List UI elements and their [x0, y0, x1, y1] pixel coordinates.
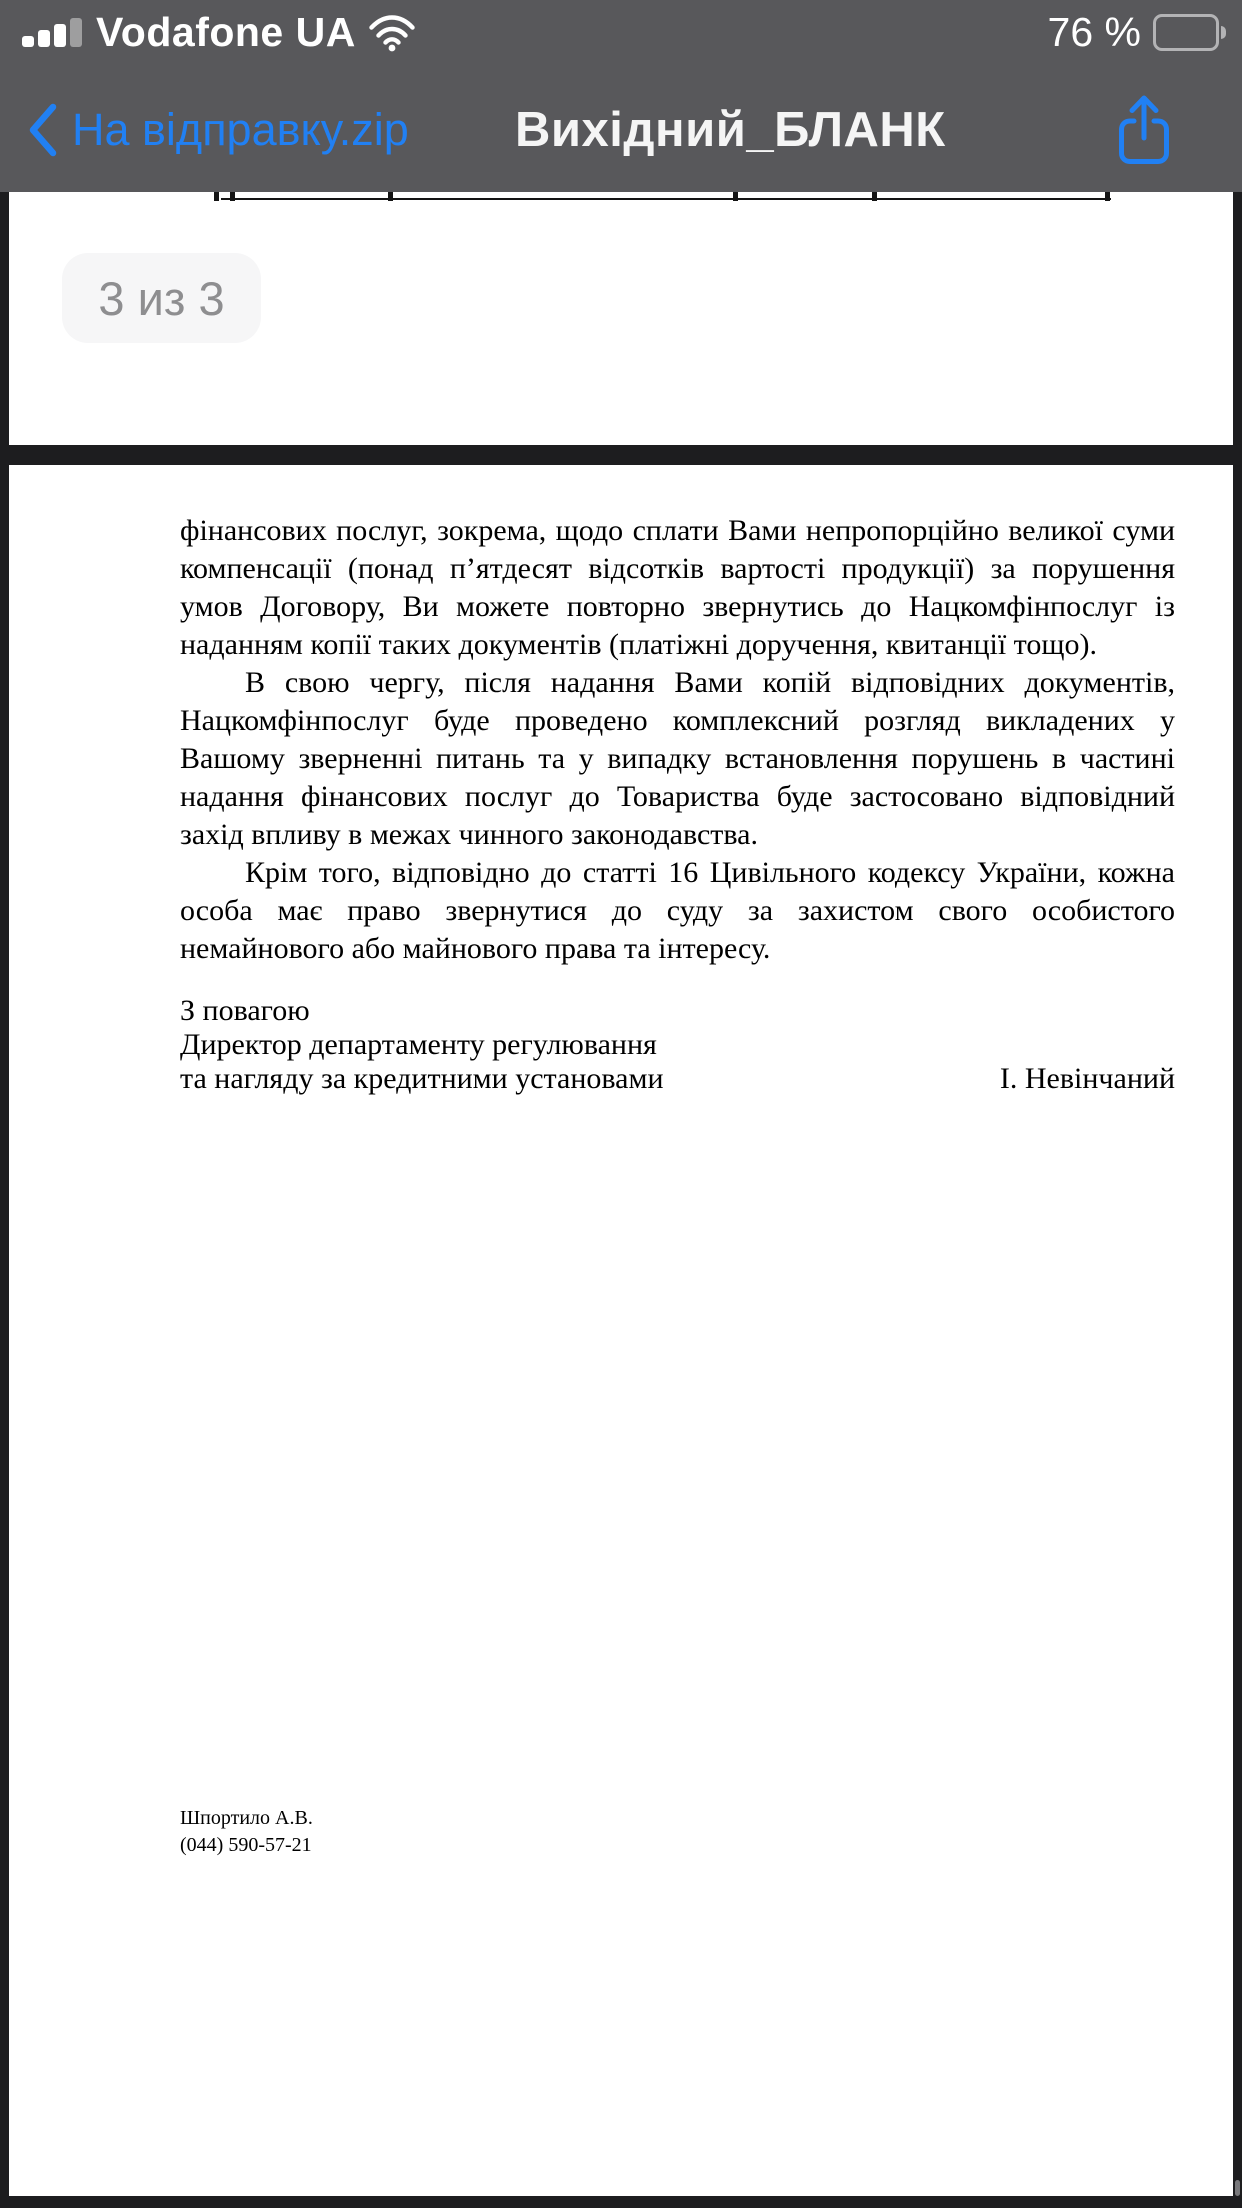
scroll-indicator[interactable] — [1235, 2180, 1240, 2196]
paragraph: В свою чергу, після надання Вами копій в… — [180, 664, 1175, 854]
share-icon — [1116, 93, 1172, 167]
paragraph: фінансових послуг, зокрема, щодо сплати … — [180, 512, 1175, 664]
back-button[interactable]: На відправку.zip — [26, 84, 409, 176]
document-viewer[interactable]: 3 из 3 фінансових послуг, зокрема, щодо … — [0, 0, 1242, 2208]
page-previous-fragment: 3 из 3 — [9, 192, 1233, 445]
clipped-text-line — [9, 192, 1233, 202]
iphone-screen: 3 из 3 фінансових послуг, зокрема, щодо … — [0, 0, 1242, 2208]
paragraph: Крім того, відповідно до статті 16 Цивіл… — [180, 854, 1175, 968]
closing-title-line-1: Директор департаменту регулювання — [180, 1028, 1175, 1062]
page-title: Вихідний_БЛАНК — [515, 84, 946, 176]
page-indicator-label: 3 из 3 — [98, 271, 224, 326]
page-indicator-badge: 3 из 3 — [62, 253, 261, 343]
contact-name: Шпортило А.В. — [180, 1805, 313, 1832]
top-chrome: Vodafone UA 76 % — [0, 0, 1242, 192]
share-button[interactable] — [1108, 86, 1180, 174]
back-button-label: На відправку.zip — [72, 104, 409, 156]
footer-contact: Шпортило А.В. (044) 590-57-21 — [180, 1805, 313, 1859]
page-current: фінансових послуг, зокрема, щодо сплати … — [9, 465, 1233, 2196]
document-text: фінансових послуг, зокрема, щодо сплати … — [180, 465, 1175, 1096]
battery-icon — [1153, 14, 1226, 51]
carrier-label: Vodafone UA — [96, 9, 356, 56]
chevron-left-icon — [26, 102, 58, 158]
signer-name: І. Невінчаний — [1000, 1062, 1175, 1096]
status-bar: Vodafone UA 76 % — [0, 6, 1242, 58]
battery-percent-label: 76 % — [1048, 9, 1141, 56]
contact-phone: (044) 590-57-21 — [180, 1832, 313, 1859]
signature-row: та нагляду за кредитними установами І. Н… — [180, 1062, 1175, 1096]
closing-salutation: З повагою — [180, 994, 1175, 1028]
navigation-bar: На відправку.zip Вихідний_БЛАНК — [0, 84, 1242, 176]
closing-title-line-2: та нагляду за кредитними установами — [180, 1062, 664, 1096]
closing-block: З повагою Директор департаменту регулюва… — [180, 994, 1175, 1096]
wifi-icon — [368, 14, 416, 52]
cellular-signal-icon — [22, 17, 82, 47]
